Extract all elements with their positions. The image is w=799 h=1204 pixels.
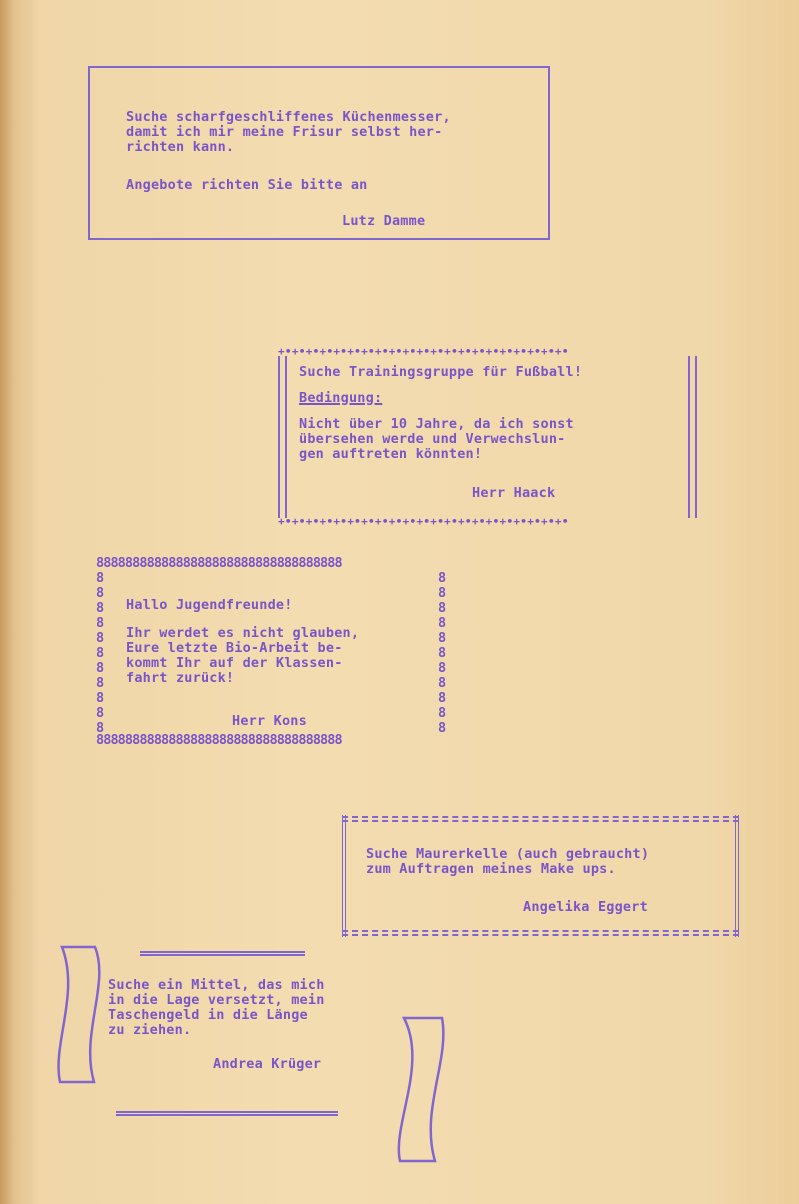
ad-football-line-3: gen auftreten könnten! [299, 447, 482, 462]
ad-football-line-2: übersehen werde und Verwechslun- [299, 432, 566, 447]
ad-bio-border-char: 8 [96, 631, 104, 646]
ad-bio-line-1: Ihr werdet es nicht glauben, [126, 626, 359, 641]
ad-bio-border-char: 8 [438, 616, 446, 631]
ad-bio-border-char: 8 [96, 676, 104, 691]
ad-bio-border-char: 8 [438, 661, 446, 676]
ad-trowel-line-2: zum Auftragen meines Make ups. [366, 862, 616, 877]
ad-football-border-bottom: +•+•+•+•+•+•+•+•+•+•+•+•+•+•+•+•+•+•+•+•… [278, 516, 696, 528]
ad-bio-line-4: fahrt zurück! [126, 671, 234, 686]
ad-bio-line-3: kommt Ihr auf der Klassen- [126, 656, 343, 671]
ad-money-rule-top [140, 951, 305, 956]
ad-bio-border-char: 8 [96, 601, 104, 616]
ad-knife-line-1: Suche scharfgeschliffenes Küchenmesser, [126, 110, 451, 125]
ad-bio-border-char: 8 [438, 706, 446, 721]
ad-knife-line-3: richten kann. [126, 140, 234, 155]
ad-knife-signature: Lutz Damme [342, 214, 425, 229]
ad-bio-border-bottom: 8888888888888888888888888888888888 [96, 733, 342, 748]
ad-knife-line-2: damit ich mir meine Frisur selbst her- [126, 125, 442, 140]
ad-bio-border-left: 88888888888 [96, 571, 104, 736]
ad-bio-border-char: 8 [438, 586, 446, 601]
ad-bio-border-char: 8 [438, 631, 446, 646]
ad-money-line-1: Suche ein Mittel, das mich [108, 978, 325, 993]
ad-money-signature: Andrea Krüger [213, 1057, 321, 1072]
ad-bio-border-top: 8888888888888888888888888888888888 [96, 556, 342, 571]
ad-football-title: Suche Trainingsgruppe für Fußball! [299, 365, 582, 380]
ad-bio-border-char: 8 [438, 676, 446, 691]
ad-football-condition-label: Bedingung: [299, 391, 382, 406]
ad-bio-greeting: Hallo Jugendfreunde! [126, 598, 293, 613]
ad-bio-border-char: 8 [96, 706, 104, 721]
ad-trowel-line-1: Suche Maurerkelle (auch gebraucht) [366, 847, 649, 862]
scroll-bracket-right-icon [390, 1015, 448, 1165]
ad-bio-border-char: 8 [438, 571, 446, 586]
ad-football-line-1: Nicht über 10 Jahre, da ich sonst [299, 417, 574, 432]
ad-bio-border-char: 8 [96, 661, 104, 676]
ad-knife-closing: Angebote richten Sie bitte an [126, 178, 368, 193]
ad-football-border-top: +•+•+•+•+•+•+•+•+•+•+•+•+•+•+•+•+•+•+•+•… [278, 346, 696, 358]
ad-money-line-2: in die Lage versetzt, mein [108, 993, 325, 1008]
ad-bio-border-right: 88888888888 [438, 571, 446, 736]
ad-trowel-border-bottom [342, 930, 739, 936]
ad-money-line-3: Taschengeld in die Länge [108, 1008, 308, 1023]
ad-bio-border-char: 8 [438, 646, 446, 661]
ad-bio-border-char: 8 [96, 646, 104, 661]
scroll-bracket-left-icon [50, 944, 102, 1086]
ad-bio-line-2: Eure letzte Bio-Arbeit be- [126, 641, 343, 656]
ad-money-rule-bottom [116, 1111, 338, 1116]
ad-bio-border-char: 8 [96, 616, 104, 631]
ad-football-border-left [278, 356, 287, 518]
ad-money-line-4: zu ziehen. [108, 1023, 191, 1038]
ad-bio-border-char: 8 [96, 571, 104, 586]
ad-bio-border-char: 8 [438, 601, 446, 616]
ad-bio-border-char: 8 [96, 586, 104, 601]
ad-bio-border-char: 8 [438, 721, 446, 736]
ad-football-border-right [688, 356, 697, 518]
ad-bio-border-char: 8 [96, 691, 104, 706]
ad-bio-signature: Herr Kons [232, 714, 307, 729]
ad-bio-border-char: 8 [438, 691, 446, 706]
ad-trowel-signature: Angelika Eggert [523, 900, 648, 915]
ad-football-signature: Herr Haack [472, 486, 555, 501]
